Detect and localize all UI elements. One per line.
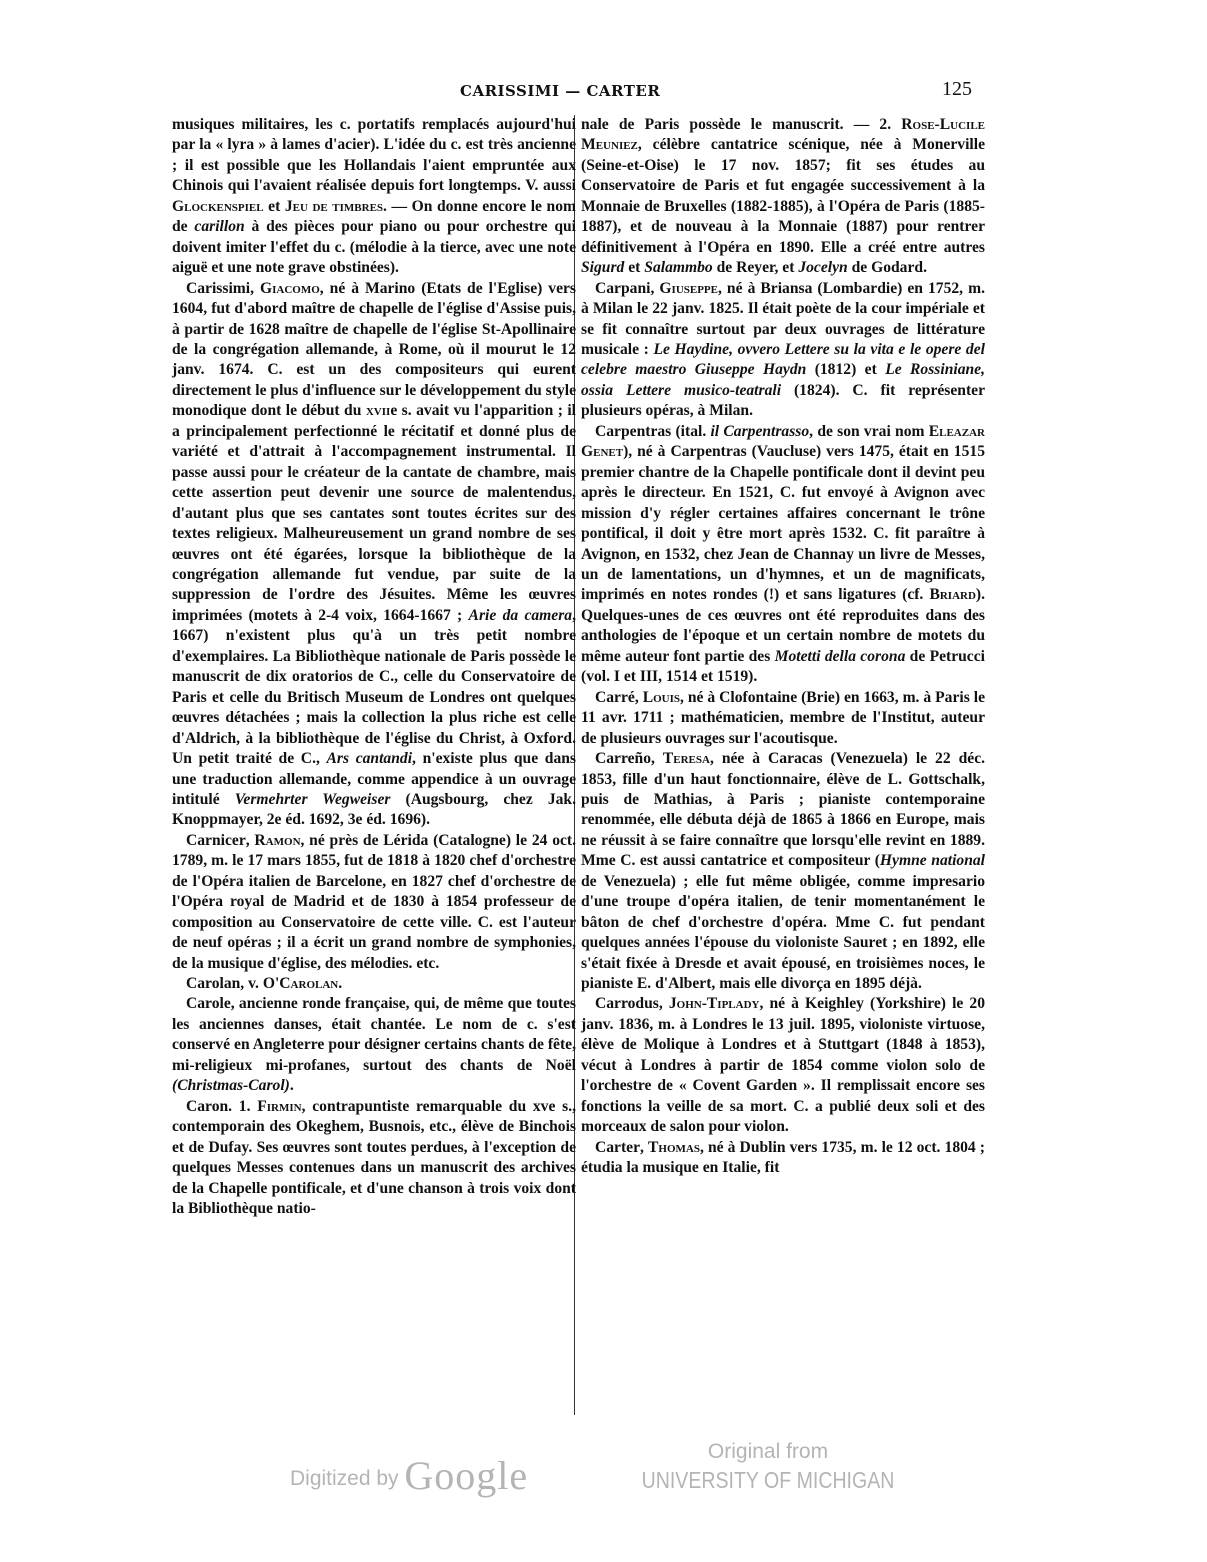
header-title: CARISSIMI — CARTER: [460, 82, 660, 100]
text: de Venezuela) ; elle fut même obligée, c…: [581, 873, 985, 992]
headword: Carrodus: [595, 995, 659, 1012]
text: , né près de Lérida (Catalogne) le 24 oc…: [172, 832, 576, 972]
entry-carpani: Carpani, Giuseppe, né à Briansa (Lombard…: [581, 279, 985, 422]
italic-term: (Christmas-Carol): [172, 1077, 290, 1094]
text: , de son vrai nom: [809, 423, 929, 440]
italic-term: carillon: [194, 218, 244, 235]
text: .: [290, 1077, 294, 1094]
cross-reference: Glockenspiel: [172, 198, 264, 215]
text: . 1.: [228, 1098, 257, 1115]
text: nale de Paris possède le manuscrit. — 2.: [581, 116, 901, 133]
italic-title: Vermehrter Wegweiser: [235, 791, 391, 808]
headword: Carpentras: [595, 423, 671, 440]
headword: Carolan: [186, 975, 240, 992]
italic-title: Hymne national: [880, 852, 985, 869]
text: .: [338, 975, 342, 992]
right-column: nale de Paris possède le manuscrit. — 2.…: [581, 115, 985, 1179]
forename: Giacomo: [260, 280, 320, 297]
text: et: [264, 198, 285, 215]
forename: Louis: [643, 689, 680, 706]
forename: Firmin: [257, 1098, 301, 1115]
entry-continuation: musiques militaires, les c. portatifs re…: [172, 115, 576, 279]
century: xvii: [366, 402, 390, 419]
italic-title: Motetti della corona: [775, 648, 906, 665]
text: e s. avait vu l'apparition ; il a princi…: [172, 402, 576, 624]
text: , né à Marino (Etats de l'Eglise) vers 1…: [172, 280, 576, 420]
text: (1812) et: [806, 361, 885, 378]
entry-carre: Carré, Louis, né à Clofontaine (Brie) en…: [581, 688, 985, 749]
text: musiques militaires, les c. portatifs re…: [172, 116, 576, 194]
institution-name: UNIVERSITY OF MICHIGAN: [641, 1466, 896, 1494]
original-from-text: Original from: [618, 1438, 918, 1466]
headword: Caron: [186, 1098, 228, 1115]
italic-title: Sigurd: [581, 259, 624, 276]
italic-title: Salammbo: [644, 259, 712, 276]
google-logo: Google: [404, 1453, 528, 1498]
italic-term: il Carpentrasso: [710, 423, 809, 440]
entry-carpentras: Carpentras (ital. il Carpentrasso, de so…: [581, 422, 985, 688]
headword: Carissimi: [186, 280, 250, 297]
text: , né à Dublin vers 1735, m. le 12 oct. 1…: [581, 1139, 985, 1176]
text: , célèbre cantatrice scénique, née à Mon…: [581, 136, 985, 255]
headword: Carnicer: [186, 832, 246, 849]
forename: Teresa: [663, 750, 710, 767]
text: , contrapuntiste remarquable du xve s., …: [172, 1098, 576, 1217]
forename: Thomas: [648, 1139, 700, 1156]
entry-carnicer: Carnicer, Ramon, né près de Lérida (Cata…: [172, 831, 576, 974]
text: de Reyer, et: [713, 259, 799, 276]
entry-caron: Caron. 1. Firmin, contrapuntiste remarqu…: [172, 1097, 576, 1220]
entry-carissimi: Carissimi, Giacomo, né à Marino (Etats d…: [172, 279, 576, 831]
entry-carreno: Carreño, Teresa, née à Caracas (Venezuel…: [581, 749, 985, 994]
forename: Giuseppe: [659, 280, 718, 297]
left-column: musiques militaires, les c. portatifs re…: [172, 115, 576, 1219]
text: , 1667) n'existent plus qu'à un très pet…: [172, 607, 576, 767]
headword: Carreño: [595, 750, 651, 767]
forename: Ramon: [254, 832, 300, 849]
text: (ital.: [671, 423, 710, 440]
running-header: CARISSIMI — CARTER 125: [172, 78, 972, 104]
original-source-label: Original from UNIVERSITY OF MICHIGAN: [618, 1438, 918, 1494]
digitization-watermark: Digitized by Google Original from UNIVER…: [290, 1438, 930, 1508]
cross-reference: Briard: [929, 586, 975, 603]
text: , né à Keighley (Yorkshire) le 20 janv. …: [581, 995, 985, 1135]
dictionary-page: CARISSIMI — CARTER 125 musiques militair…: [0, 0, 1207, 1562]
cross-reference: O'Carolan: [263, 975, 338, 992]
italic-title: Jocelyn: [798, 259, 847, 276]
entry-carole: Carole, ancienne ronde française, qui, d…: [172, 994, 576, 1096]
text: et: [624, 259, 644, 276]
italic-title: Ars cantandi: [327, 750, 413, 767]
text: de Godard.: [848, 259, 927, 276]
page-number: 125: [942, 78, 972, 101]
cross-reference: Jeu de timbres: [285, 198, 383, 215]
entry-carrodus: Carrodus, John-Tiplady, né à Keighley (Y…: [581, 994, 985, 1137]
headword: Carré: [595, 689, 635, 706]
entry-carter: Carter, Thomas, né à Dublin vers 1735, m…: [581, 1138, 985, 1179]
italic-title: Arie da camera: [469, 607, 573, 624]
text: ), né à Carpentras (Vaucluse) vers 1475,…: [581, 443, 985, 603]
entry-carolan: Carolan, v. O'Carolan.: [172, 974, 576, 994]
headword: Carpani: [595, 280, 650, 297]
text: , ancienne ronde française, qui, de même…: [172, 995, 576, 1073]
headword: Carole: [186, 995, 231, 1012]
entry-caron-continuation: nale de Paris possède le manuscrit. — 2.…: [581, 115, 985, 279]
text: , né à Clofontaine (Brie) en 1663, m. à …: [581, 689, 985, 747]
text: , v.: [240, 975, 263, 992]
digitized-by-text: Digitized by: [290, 1467, 399, 1490]
headword: Carter: [595, 1139, 640, 1156]
digitized-by-label: Digitized by Google: [290, 1452, 528, 1499]
forename: John-Tiplady: [669, 995, 760, 1012]
